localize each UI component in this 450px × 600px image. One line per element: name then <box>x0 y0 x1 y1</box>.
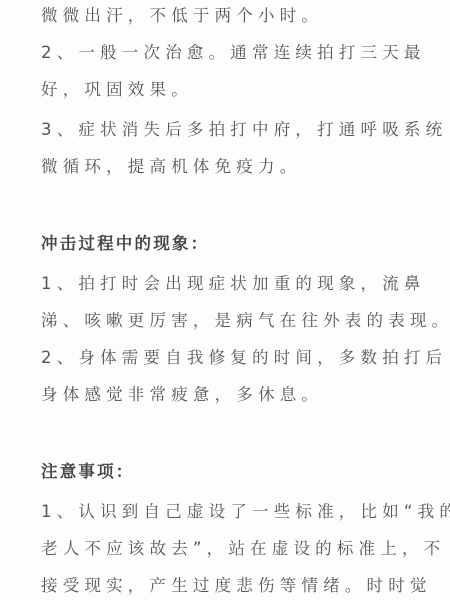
paragraph-line: 微循环，提高机体免疫力。 <box>41 157 301 177</box>
paragraph-line: 1、拍打时会出现症状加重的现象，流鼻 <box>41 274 426 294</box>
paragraph-line: 接受现实，产生过度悲伤等情绪。时时觉 <box>41 576 432 596</box>
section-heading-phenomena: 冲击过程中的现象： <box>41 234 209 254</box>
paragraph-line: 好，巩固效果。 <box>41 80 193 100</box>
paragraph-line: 涕、咳嗽更厉害，是病气在往外表的表现。 <box>41 311 450 331</box>
paragraph-line: 2、一般一次治愈。通常连续拍打三天最 <box>41 43 426 63</box>
paragraph-line: 老人不应该故去”，站在虚设的标准上，不 <box>41 539 445 559</box>
paragraph-line: 2、身体需要自我修复的时间，多数拍打后 <box>41 348 447 368</box>
paragraph-line: 微微出汗，不低于两个小时。 <box>41 6 323 26</box>
paragraph-line: 身体感觉非常疲惫，多休息。 <box>41 385 323 405</box>
section-heading-notes: 注意事项： <box>41 462 135 482</box>
paragraph-line: 1、认识到自己虚设了一些标准，比如“我的 <box>41 502 450 522</box>
paragraph-line: 3、症状消失后多拍打中府，打通呼吸系统 <box>41 120 447 140</box>
